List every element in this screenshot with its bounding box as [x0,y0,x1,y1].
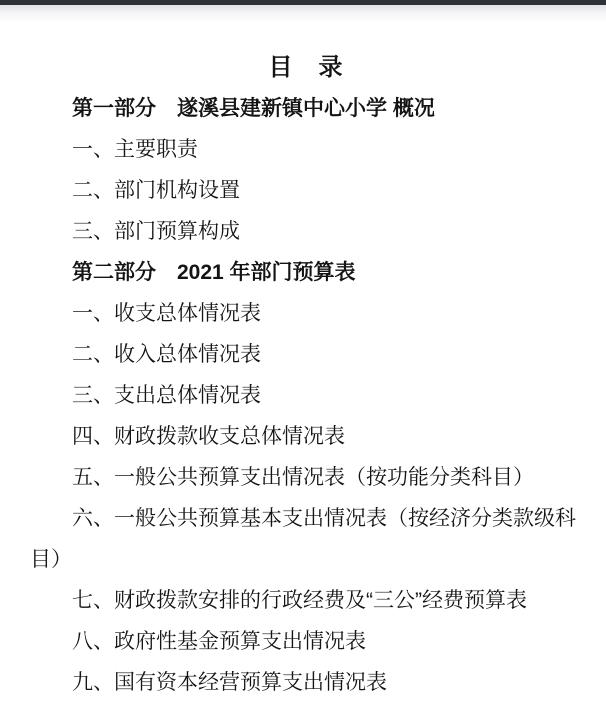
toc-item: 六、一般公共预算基本支出情况表（按经济分类款级科目） [30,498,582,580]
toc-item: 八、政府性基金预算支出情况表 [30,621,582,662]
toc-item: 一、收支总体情况表 [30,293,582,334]
page-top-shadow [0,5,606,22]
toc-page: 目 录 第一部分 遂溪县建新镇中心小学 概况 一、主要职责 二、部门机构设置 三… [0,22,606,703]
section-heading-part2: 第二部分 2021 年部门预算表 [30,252,582,293]
toc-item: 二、部门机构设置 [30,170,582,211]
toc-item: 九、国有资本经营预算支出情况表 [30,662,582,703]
section-heading-part1: 第一部分 遂溪县建新镇中心小学 概况 [30,88,582,129]
toc-item: 四、财政拨款收支总体情况表 [30,416,582,457]
toc-item: 二、收入总体情况表 [30,334,582,375]
toc-item: 三、部门预算构成 [30,211,582,252]
toc-item: 七、财政拨款安排的行政经费及“三公”经费预算表 [30,580,582,621]
page-title: 目 录 [30,47,582,88]
toc-item: 五、一般公共预算支出情况表（按功能分类科目） [30,457,582,498]
toc-item: 三、支出总体情况表 [30,375,582,416]
toc-item: 一、主要职责 [30,129,582,170]
